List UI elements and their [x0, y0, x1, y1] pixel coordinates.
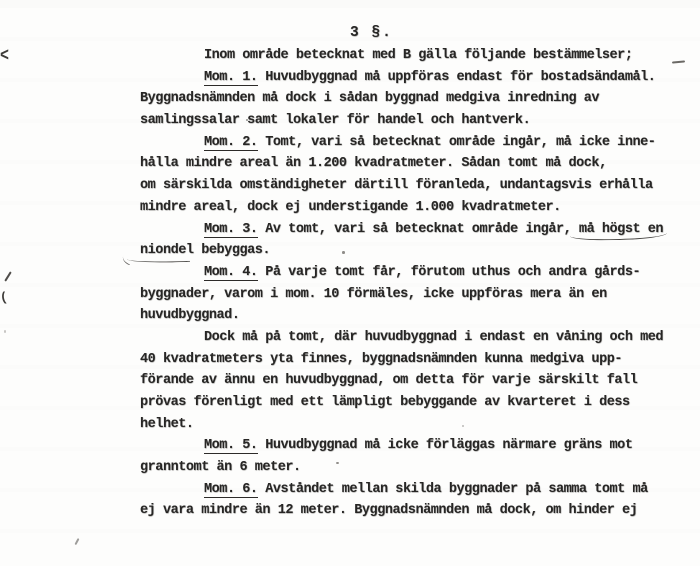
text-segment: Tomt, vari så betecknat område ingår, må…: [258, 135, 656, 150]
text-segment: På varje tomt får, förutom uthus och and…: [258, 265, 641, 280]
text-line: hålla mindre areal än 1.200 kvadratmeter…: [140, 153, 698, 175]
text-segment: samlingssalar samt lokaler för handel oc…: [140, 113, 530, 128]
text-segment: ej vara mindre än 12 meter. Byggnadsnämn…: [140, 503, 637, 518]
text-line: Inom område betecknat med B gälla följan…: [140, 45, 698, 67]
underlined-text: Mom. 2.: [204, 135, 258, 151]
text-line: Mom. 2. Tomt, vari så betecknat område i…: [140, 132, 698, 154]
text-segment: granntomt än 6 meter.: [140, 460, 301, 475]
text-line: niondel bebyggas.: [140, 240, 698, 262]
margin-pencil-mark: <: [0, 46, 9, 66]
text-segment: förande av ännu en huvudbyggnad, om dett…: [140, 373, 637, 388]
text-segment: Avståndet mellan skilda byggnader på sam…: [258, 482, 648, 497]
text-line: Mom. 1. Huvudbyggnad må uppföras endast …: [140, 67, 698, 89]
text-line: Mom. 5. Huvudbyggnad må icke förläggas n…: [140, 435, 698, 457]
text-segment: 40 kvadratmeters yta finnes, byggnadsnäm…: [140, 352, 622, 367]
underlined-text: niondel: [140, 243, 194, 258]
text-segment: Huvudbyggnad må uppföras endast för bost…: [258, 70, 656, 85]
scan-speck: [246, 119, 248, 121]
text-segment: helhet.: [140, 417, 194, 432]
underlined-text: må högst en: [579, 222, 663, 237]
text-line: Mom. 4. På varje tomt får, förutom uthus…: [140, 262, 698, 284]
scan-speck: [462, 425, 464, 427]
text-line: granntomt än 6 meter.: [140, 457, 698, 479]
text-segment: Inom område betecknat med B gälla följan…: [204, 48, 632, 63]
text-segment: byggnader, varom i mom. 10 förmäles, ick…: [140, 287, 607, 302]
text-line: samlingssalar samt lokaler för handel oc…: [140, 110, 698, 132]
underlined-text: Mom. 3.: [204, 222, 258, 238]
text-segment: huvudbyggnad.: [140, 308, 239, 323]
underlined-text: Mom. 6.: [204, 482, 258, 498]
text-line: Mom. 3. Av tomt, vari så betecknat områd…: [140, 219, 698, 241]
text-line: byggnader, varom i mom. 10 förmäles, ick…: [140, 284, 698, 306]
section-heading: 3 §.: [350, 25, 393, 41]
scan-speck: [4, 330, 6, 333]
text-segment: om särskilda omständigheter därtill föra…: [140, 178, 653, 193]
scanned-document-page: 3 §. Inom område betecknat med B gälla f…: [0, 0, 700, 566]
text-line: Mom. 6. Avståndet mellan skilda byggnade…: [140, 479, 698, 501]
margin-pencil-mark: (: [0, 290, 9, 306]
text-line: ej vara mindre än 12 meter. Byggnadsnämn…: [140, 500, 698, 522]
text-line: om särskilda omständigheter därtill föra…: [140, 175, 698, 197]
text-segment: Av tomt, vari så betecknat område ingår,: [258, 222, 579, 237]
text-line: huvudbyggnad.: [140, 305, 698, 327]
text-segment: Dock må på tomt, där huvudbyggnad i enda…: [204, 330, 663, 345]
text-segment: hålla mindre areal än 1.200 kvadratmeter…: [140, 156, 607, 171]
underlined-text: Mom. 1.: [204, 70, 258, 86]
document-body: Inom område betecknat med B gälla följan…: [140, 45, 698, 522]
text-segment: Byggnadsnämnden må dock i sådan byggnad …: [140, 91, 599, 106]
text-segment: prövas förenligt med ett lämpligt bebygg…: [140, 395, 630, 410]
text-segment: Huvudbyggnad må icke förläggas närmare g…: [258, 438, 633, 453]
text-segment: bebyggas.: [194, 243, 271, 258]
margin-stroke-mark: [74, 538, 79, 545]
text-line: Byggnadsnämnden må dock i sådan byggnad …: [140, 88, 698, 110]
scan-speck: [336, 462, 339, 464]
text-line: förande av ännu en huvudbyggnad, om dett…: [140, 370, 698, 392]
text-line: helhet.: [140, 414, 698, 436]
text-line: prövas förenligt med ett lämpligt bebygg…: [140, 392, 698, 414]
underlined-text: Mom. 4.: [204, 265, 258, 281]
underlined-text: Mom. 5.: [204, 438, 258, 454]
text-line: Dock må på tomt, där huvudbyggnad i enda…: [140, 327, 698, 349]
margin-stroke-mark: [4, 271, 12, 281]
text-line: mindre areal, dock ej understigande 1.00…: [140, 197, 698, 219]
scan-speck: [342, 251, 345, 254]
text-line: 40 kvadratmeters yta finnes, byggnadsnäm…: [140, 349, 698, 371]
text-segment: mindre areal, dock ej understigande 1.00…: [140, 200, 561, 215]
